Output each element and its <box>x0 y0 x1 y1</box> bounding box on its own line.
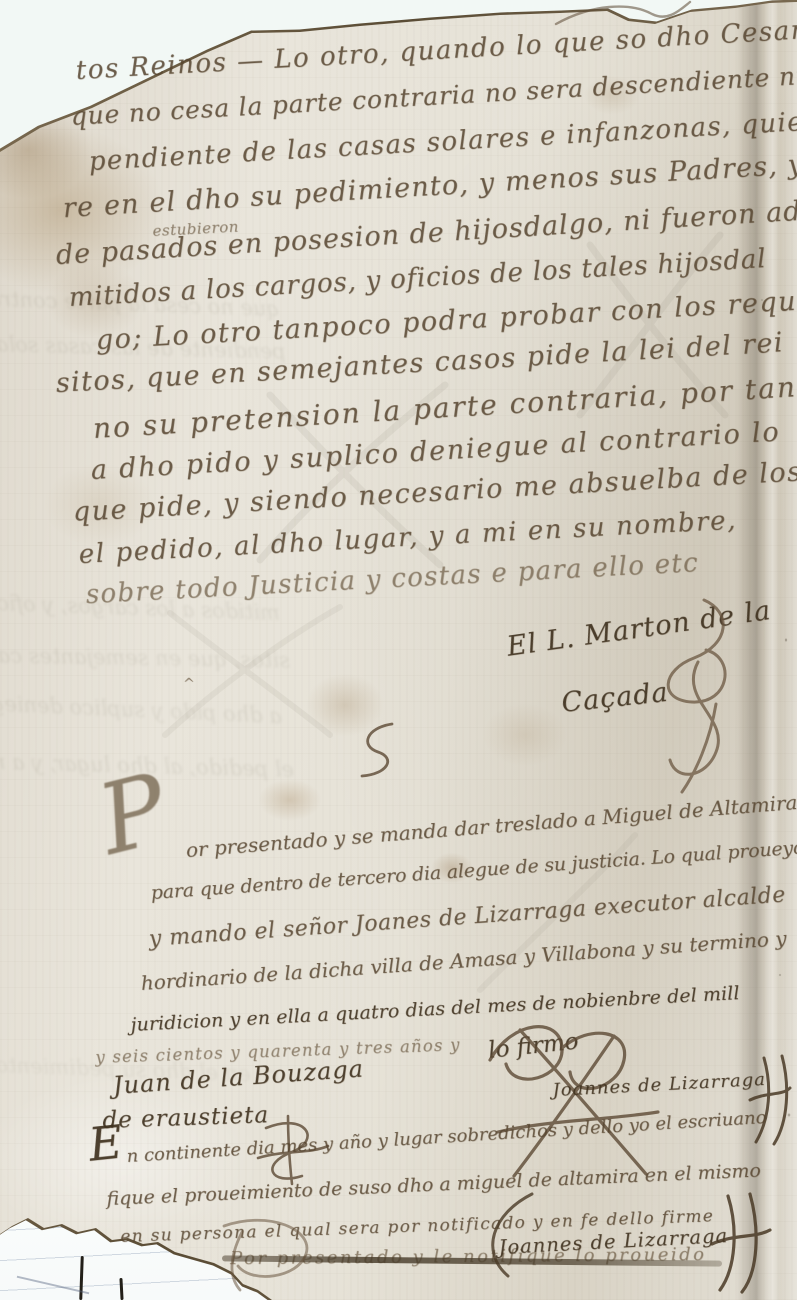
struck-flourish <box>208 1208 328 1293</box>
signature-paraph <box>744 1052 792 1147</box>
paraph-mark <box>348 718 403 780</box>
notary-rubric <box>632 592 762 797</box>
caret-mark: ^ <box>183 676 195 692</box>
bleed-through-flourish <box>150 595 350 755</box>
signature-paraph <box>700 1188 775 1296</box>
manuscript-scan: que no cesa la parte contraria no sera d… <box>0 0 797 1300</box>
notification-initial: E <box>86 1114 125 1171</box>
